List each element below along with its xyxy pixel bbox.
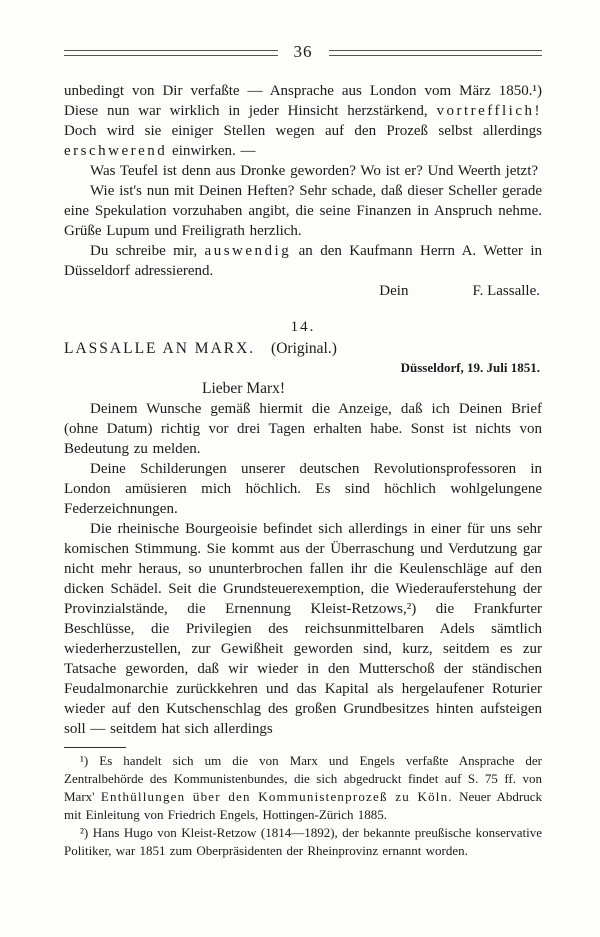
letter-13: unbedingt von Dir verfaßte — Ansprache a… <box>64 81 542 301</box>
footnote-block: ¹) Es handelt sich um die von Marx und E… <box>64 747 542 860</box>
salutation: Lieber Marx! <box>64 379 542 399</box>
section-heading-title: LASSALLE AN MARX. <box>64 340 255 357</box>
page-content: 36 unbedingt von Dir verfaßte — Ansprach… <box>64 44 542 860</box>
dateline: Düsseldorf, 19. Juli 1851. <box>64 359 542 377</box>
section-heading: LASSALLE AN MARX. (Original.) <box>64 339 542 359</box>
footnote-separator <box>64 747 126 748</box>
page-header: 36 <box>64 44 542 61</box>
paragraph: Deine Schilderungen unserer deutschen Re… <box>64 459 542 519</box>
footnote-1: ¹) Es handelt sich um die von Marx und E… <box>64 752 542 824</box>
paragraph: Wie ist's nun mit Deinen Heften? Sehr sc… <box>64 181 542 241</box>
header-rule-left <box>64 50 278 56</box>
paragraph: unbedingt von Dir verfaßte — Ansprache a… <box>64 81 542 161</box>
page-number: 36 <box>294 43 313 60</box>
signature-name: F. Lassalle. <box>472 281 540 301</box>
paragraph: Was Teufel ist denn aus Dronke geworden?… <box>64 161 542 181</box>
section-heading-note: (Original.) <box>271 340 337 357</box>
letter-14: 14. LASSALLE AN MARX. (Original.) Düssel… <box>64 317 542 739</box>
footnote-2: ²) Hans Hugo von Kleist-Retzow (1814—189… <box>64 824 542 860</box>
paragraph: Du schreibe mir, auswendig an den Kaufma… <box>64 241 542 281</box>
paragraph: Die rheinische Bourgeoisie befindet sich… <box>64 519 542 739</box>
book-page: 36 unbedingt von Dir verfaßte — Ansprach… <box>0 0 600 937</box>
section-number: 14. <box>64 317 542 337</box>
signature-closing: Dein <box>379 281 408 301</box>
header-rule-right <box>329 50 543 56</box>
signature-line: Dein F. Lassalle. <box>64 281 542 301</box>
paragraph: Deinem Wunsche gemäß hiermit die Anzeige… <box>64 399 542 459</box>
